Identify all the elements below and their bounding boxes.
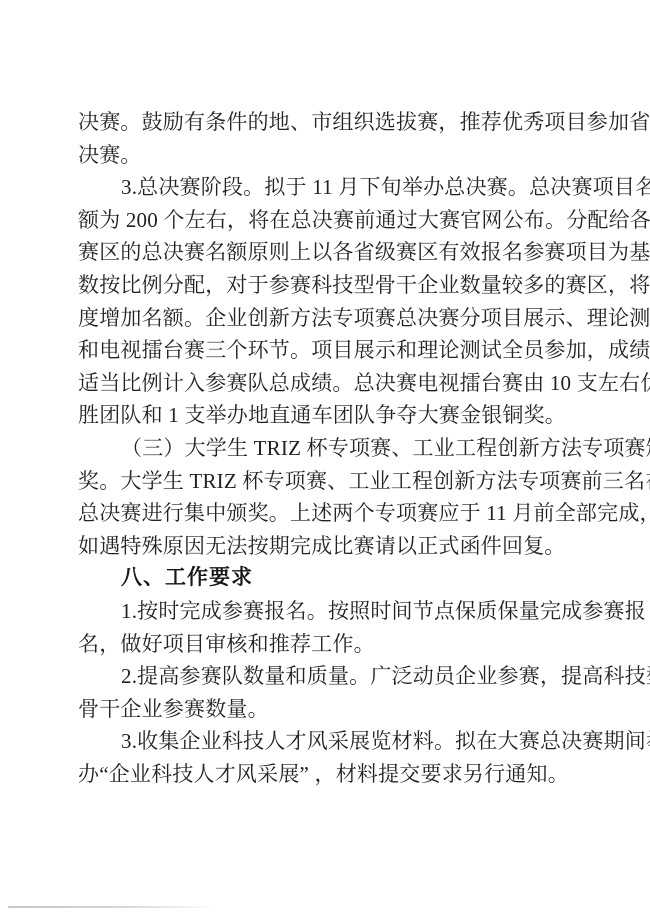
text-line: 骨干企业参赛数量。	[78, 693, 575, 726]
text-line: 办“企业科技人才风采展” ，材料提交要求另行通知。	[78, 758, 575, 791]
text-line: 决赛。	[78, 139, 575, 172]
text-line: 额为 200 个左右，将在总决赛前通过大赛官网公布。分配给各省	[78, 204, 575, 237]
paragraph: 1.按时完成参赛报名。按照时间节点保质保量完成参赛报名，做好项目审核和推荐工作。	[78, 595, 575, 660]
text-line: 数按比例分配，对于参赛科技型骨干企业数量较多的赛区，将适	[78, 269, 575, 302]
text-line: 3.总决赛阶段。拟于 11 月下旬举办总决赛。总决赛项目名	[78, 171, 575, 204]
paragraph: 3.总决赛阶段。拟于 11 月下旬举办总决赛。总决赛项目名额为 200 个左右，…	[78, 171, 575, 432]
text-line: 度增加名额。企业创新方法专项赛总决赛分项目展示、理论测试	[78, 302, 575, 335]
text-line: （三）大学生 TRIZ 杯专项赛、工业工程创新方法专项赛颁	[78, 432, 575, 465]
text-line: 总决赛进行集中颁奖。上述两个专项赛应于 11 月前全部完成，	[78, 497, 575, 530]
text-line: 赛区的总决赛名额原则上以各省级赛区有效报名参赛项目为基	[78, 236, 575, 269]
text-line: 奖。大学生 TRIZ 杯专项赛、工业工程创新方法专项赛前三名在	[78, 465, 575, 498]
text-line: 如遇特殊原因无法按期完成比赛请以正式函件回复。	[78, 530, 575, 563]
paragraph: 2.提高参赛队数量和质量。广泛动员企业参赛，提高科技型骨干企业参赛数量。	[78, 660, 575, 725]
text-line: 名，做好项目审核和推荐工作。	[78, 628, 575, 661]
text-line: 1.按时完成参赛报名。按照时间节点保质保量完成参赛报	[78, 595, 575, 628]
section-heading: 八、工作要求	[78, 562, 575, 595]
text-line: 胜团队和 1 支举办地直通车团队争夺大赛金银铜奖。	[78, 399, 575, 432]
text-line: 和电视擂台赛三个环节。项目展示和理论测试全员参加，成绩以	[78, 334, 575, 367]
text-line: 3.收集企业科技人才风采展览材料。拟在大赛总决赛期间举	[78, 725, 575, 758]
paragraph: 3.收集企业科技人才风采展览材料。拟在大赛总决赛期间举办“企业科技人才风采展” …	[78, 725, 575, 790]
text-line: 八、工作要求	[78, 562, 575, 595]
text-line: 适当比例计入参赛队总成绩。总决赛电视擂台赛由 10 支左右优	[78, 367, 575, 400]
document-body: 决赛。鼓励有条件的地、市组织选拔赛，推荐优秀项目参加省级决赛。3.总决赛阶段。拟…	[78, 106, 575, 790]
text-line: 决赛。鼓励有条件的地、市组织选拔赛，推荐优秀项目参加省级	[78, 106, 575, 139]
scan-artifact-line	[8, 906, 218, 908]
document-page: 决赛。鼓励有条件的地、市组织选拔赛，推荐优秀项目参加省级决赛。3.总决赛阶段。拟…	[0, 0, 650, 919]
text-line: 2.提高参赛队数量和质量。广泛动员企业参赛，提高科技型	[78, 660, 575, 693]
paragraph: （三）大学生 TRIZ 杯专项赛、工业工程创新方法专项赛颁奖。大学生 TRIZ …	[78, 432, 575, 562]
paragraph: 决赛。鼓励有条件的地、市组织选拔赛，推荐优秀项目参加省级决赛。	[78, 106, 575, 171]
